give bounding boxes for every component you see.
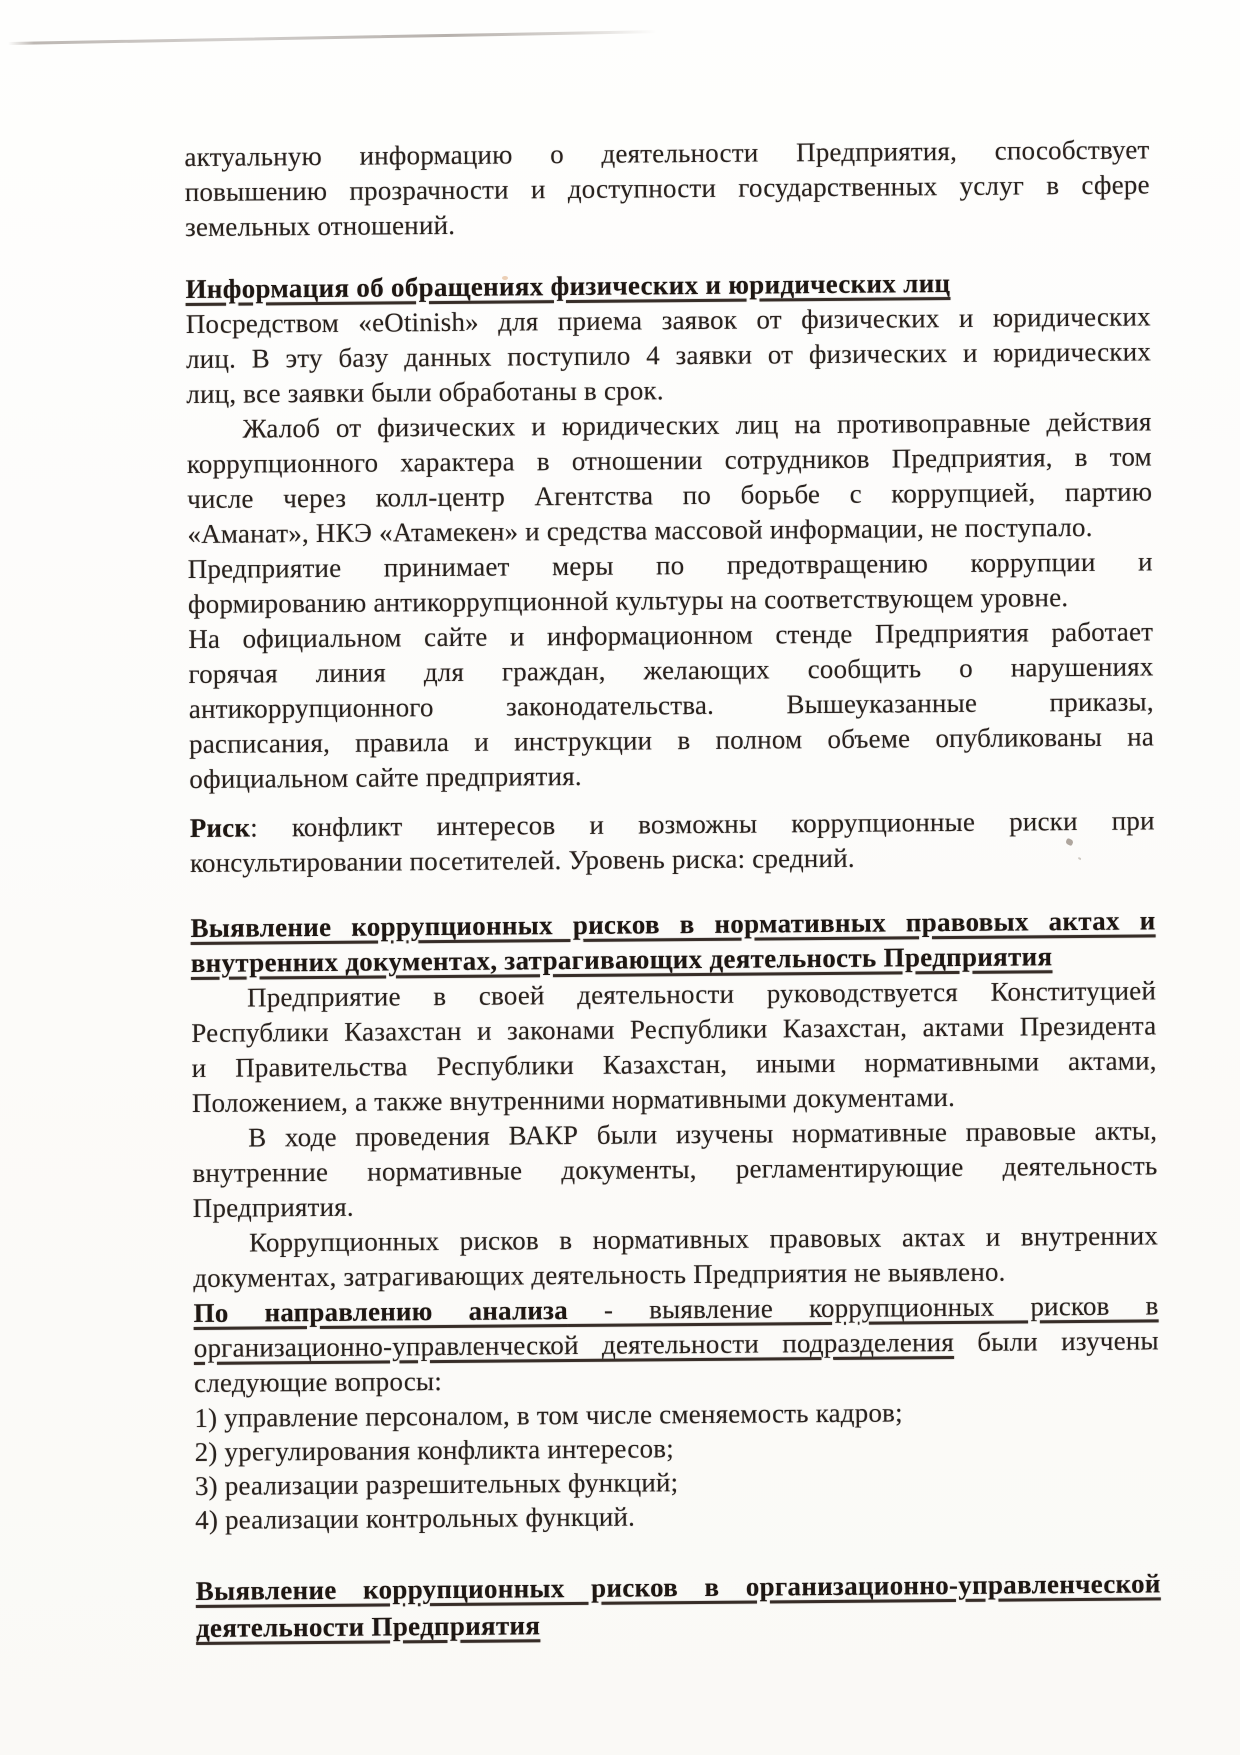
text-segment: деятельности Предприятия	[196, 1610, 540, 1643]
text-segment: следующие вопросы:	[194, 1366, 442, 1398]
text-segment: внутренних документах, затрагивающих дея…	[191, 941, 1053, 978]
text-segment: организационно-управленческой деятельнос…	[194, 1327, 954, 1363]
text-segment: Коррупционных рисков в нормативных право…	[249, 1220, 1158, 1257]
para-eotinish: Посредством «eOtinish» для приема заявок…	[186, 299, 1152, 412]
text-segment: Республики Казахстан и законами Республи…	[191, 1010, 1156, 1048]
text-segment: Выявление коррупционных рисков в нормати…	[190, 905, 1155, 943]
text-segment: Информация об обращениях физических и юр…	[185, 268, 950, 304]
text-segment: Посредством «eOtinish» для приема заявок…	[186, 301, 1151, 339]
text-segment: Положением, а также внутренними норматив…	[192, 1082, 955, 1118]
text-segment: расписания, правила и инструкции в полно…	[189, 721, 1154, 759]
text-segment: были изучены	[954, 1325, 1159, 1357]
text-segment: документах, затрагивающих деятельность П…	[193, 1257, 1006, 1293]
text-segment: формированию антикоррупционной культуры …	[188, 582, 1069, 619]
heading-npa-risks: Выявление коррупционных рисков в нормати…	[190, 903, 1156, 981]
text-segment: внутренние нормативные документы, реглам…	[192, 1150, 1157, 1188]
text-segment: По направлению анализа	[193, 1295, 568, 1328]
text-segment: Предприятия.	[193, 1192, 354, 1223]
text-segment: : конфликт интересов и возможны коррупци…	[250, 805, 1155, 842]
text-segment: лиц, все заявки были обработаны в срок.	[186, 375, 664, 409]
text-segment: повышению прозрачности и доступности гос…	[185, 169, 1150, 207]
scan-artifact-line	[8, 30, 656, 45]
heading-org-risks: Выявление коррупционных рисков в организ…	[196, 1565, 1162, 1647]
text-segment: «Аманат», НКЭ «Атамекен» и средства масс…	[187, 512, 1092, 549]
text-segment: 4) реализации контрольных функций.	[195, 1502, 635, 1535]
text-line: официальном сайте предприятия.	[189, 754, 1154, 797]
text-segment: антикоррупционного законодательства. Выш…	[189, 686, 1154, 724]
text-segment: Риск	[190, 813, 251, 843]
para-analysis-direction: По направлению анализа - выявление корру…	[193, 1288, 1159, 1401]
text-segment: 3) реализации разрешительных функций;	[195, 1467, 679, 1501]
text-segment: В ходе проведения ВАКР были изучены норм…	[248, 1115, 1157, 1152]
para-hotline: На официальном сайте и информационном ст…	[188, 614, 1154, 797]
text-segment: лиц. В эту базу данных поступило 4 заявк…	[186, 336, 1151, 374]
para-no-risks: Коррупционных рисков в нормативных право…	[193, 1218, 1159, 1296]
text-line: Выявление коррупционных рисков в организ…	[196, 1565, 1161, 1610]
para-measures: Предприятие принимает меры по предотвращ…	[188, 544, 1154, 622]
document-body: актуальную информацию о деятельности Пре…	[184, 132, 1161, 1647]
text-line: 4) реализации контрольных функций.	[195, 1495, 1160, 1537]
list-questions: 1) управление персоналом, в том числе см…	[194, 1393, 1160, 1537]
text-segment: консультировании посетителей. Уровень ри…	[190, 843, 855, 878]
text-segment: 2) урегулирования конфликта интересов;	[195, 1433, 674, 1467]
text-line: консультировании посетителей. Уровень ри…	[190, 838, 1155, 881]
text-line: земельных отношений.	[185, 202, 1150, 245]
text-segment: Предприятие в своей деятельности руковод…	[247, 975, 1156, 1012]
text-segment: Выявление коррупционных рисков в организ…	[196, 1568, 1161, 1606]
scanned-page: актуальную информацию о деятельности Пре…	[0, 0, 1240, 1755]
text-segment: Жалоб от физических и юридических лиц на…	[242, 406, 1151, 443]
text-segment: земельных отношений.	[185, 210, 455, 242]
text-segment: актуальную информацию о деятельности Пре…	[184, 134, 1149, 172]
para-intro: актуальную информацию о деятельности Пре…	[184, 132, 1150, 245]
para-vakr: В ходе проведения ВАКР были изучены норм…	[192, 1113, 1158, 1226]
para-constitution: Предприятие в своей деятельности руковод…	[191, 973, 1157, 1121]
text-segment: числе через колл-центр Агентства по борь…	[187, 476, 1152, 514]
para-complaints: Жалоб от физических и юридических лиц на…	[186, 404, 1152, 552]
text-segment: Предприятие принимает меры по предотвращ…	[188, 546, 1153, 584]
text-segment: горячая линия для граждан, желающих сооб…	[188, 651, 1153, 689]
text-segment: коррупционного характера в отношении сот…	[187, 441, 1152, 479]
text-segment: - выявление коррупционных рисков в	[568, 1290, 1159, 1325]
text-line: деятельности Предприятия	[196, 1602, 1161, 1647]
text-segment: официальном сайте предприятия.	[189, 761, 582, 794]
text-segment: 1) управление персоналом, в том числе см…	[194, 1397, 903, 1433]
para-risk: Риск: конфликт интересов и возможны корр…	[190, 803, 1156, 881]
text-segment: и Правительства Республики Казахстан, ин…	[192, 1045, 1157, 1083]
text-segment: На официальном сайте и информационном ст…	[188, 616, 1153, 654]
